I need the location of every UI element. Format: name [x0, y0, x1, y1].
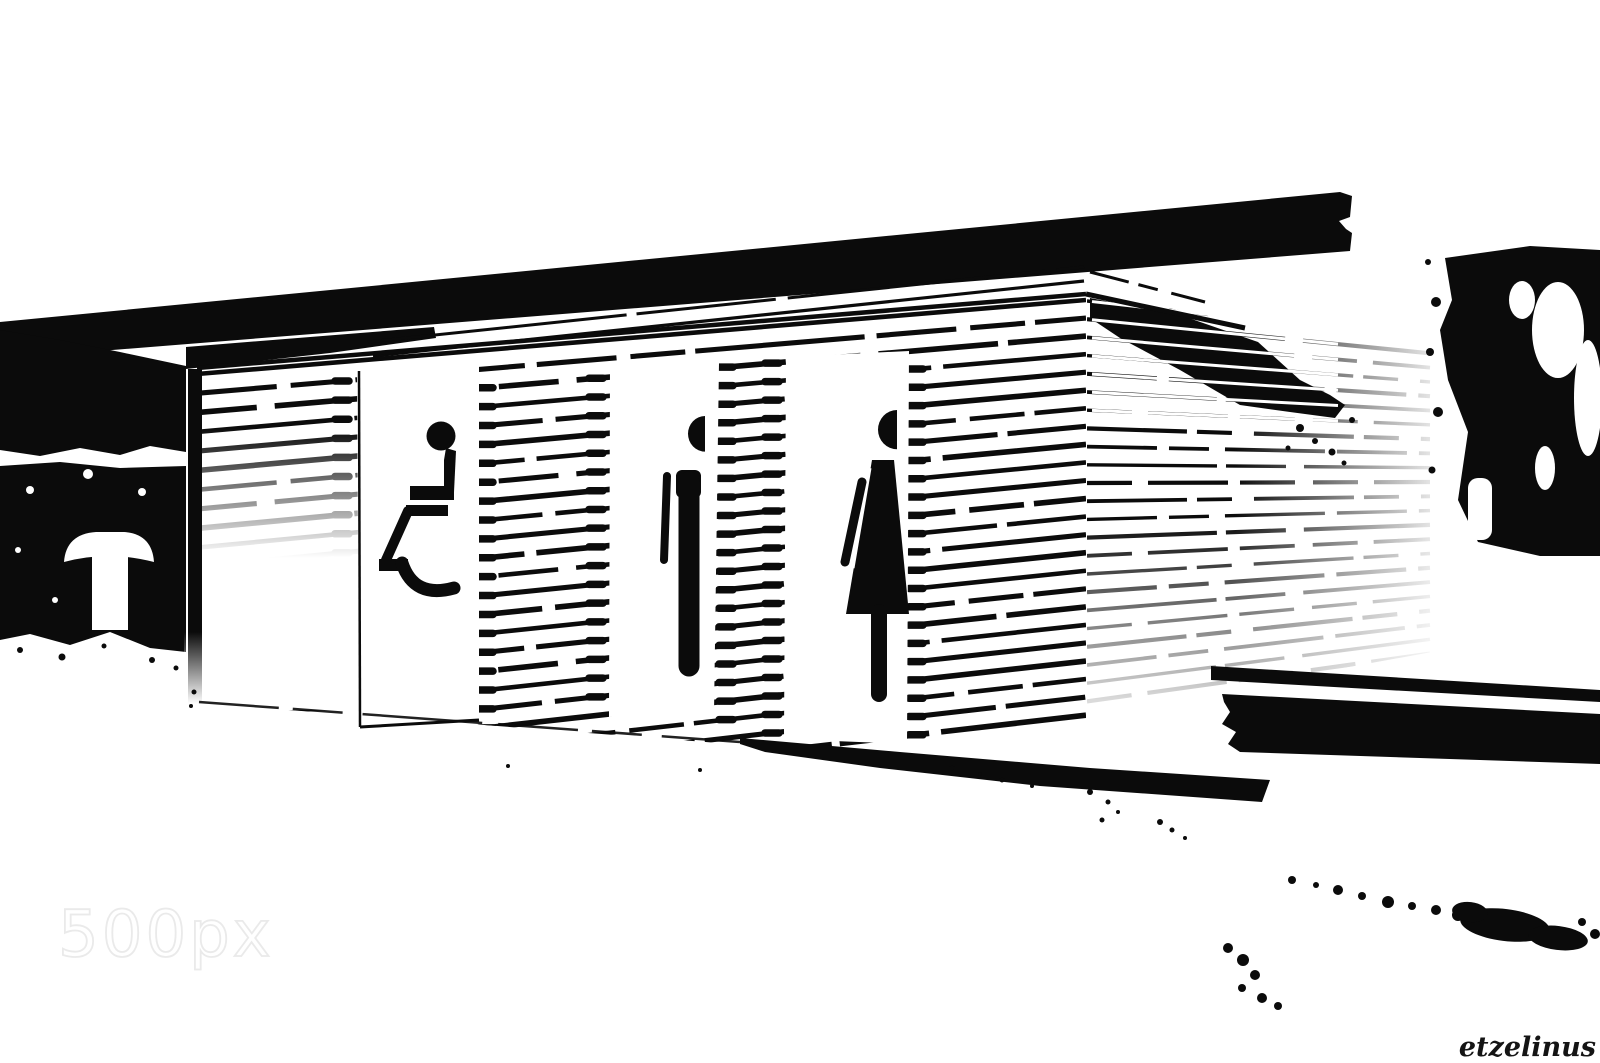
artist-signature: etzelinus	[1459, 1032, 1596, 1063]
grass-speck	[950, 766, 955, 771]
grass-speck	[1313, 882, 1319, 888]
grass-speck	[1157, 819, 1163, 825]
grass-speck	[1333, 885, 1343, 895]
grass-speck	[1100, 818, 1105, 823]
door-frame-edge	[359, 371, 360, 727]
vegetation-left	[0, 330, 186, 671]
slat-fade-left	[195, 428, 365, 710]
grass-speck	[1431, 905, 1441, 915]
grass-speck	[1382, 896, 1394, 908]
grass-speck	[1030, 784, 1034, 788]
grass-speck	[1087, 789, 1093, 795]
grass-speck	[1408, 902, 1416, 910]
grass-speck	[1274, 1002, 1282, 1010]
grass-speck	[1237, 954, 1249, 966]
grass-speck	[1000, 778, 1005, 783]
grass-speck	[1170, 828, 1175, 833]
grass-speck	[978, 772, 982, 776]
watermark-500px: 500px	[58, 898, 274, 972]
grass-speck	[1288, 876, 1296, 884]
grass-speck	[1578, 918, 1586, 926]
grass-speck	[1257, 993, 1267, 1003]
photo-canvas: 500px etzelinus	[0, 0, 1600, 1063]
grass-speck	[1590, 929, 1600, 939]
toilet-building-photo: 500px etzelinus	[0, 0, 1600, 1063]
grass-speck	[1183, 836, 1187, 840]
grass-speck	[1358, 892, 1366, 900]
grass-speck	[1238, 984, 1246, 992]
grass-speck	[698, 768, 702, 772]
grass-speck	[506, 764, 510, 768]
accessible-door	[357, 366, 479, 728]
grass-speck	[1116, 810, 1120, 814]
grass-speck	[1106, 800, 1111, 805]
grass-speck	[1223, 943, 1233, 953]
grass-speck	[1250, 970, 1260, 980]
